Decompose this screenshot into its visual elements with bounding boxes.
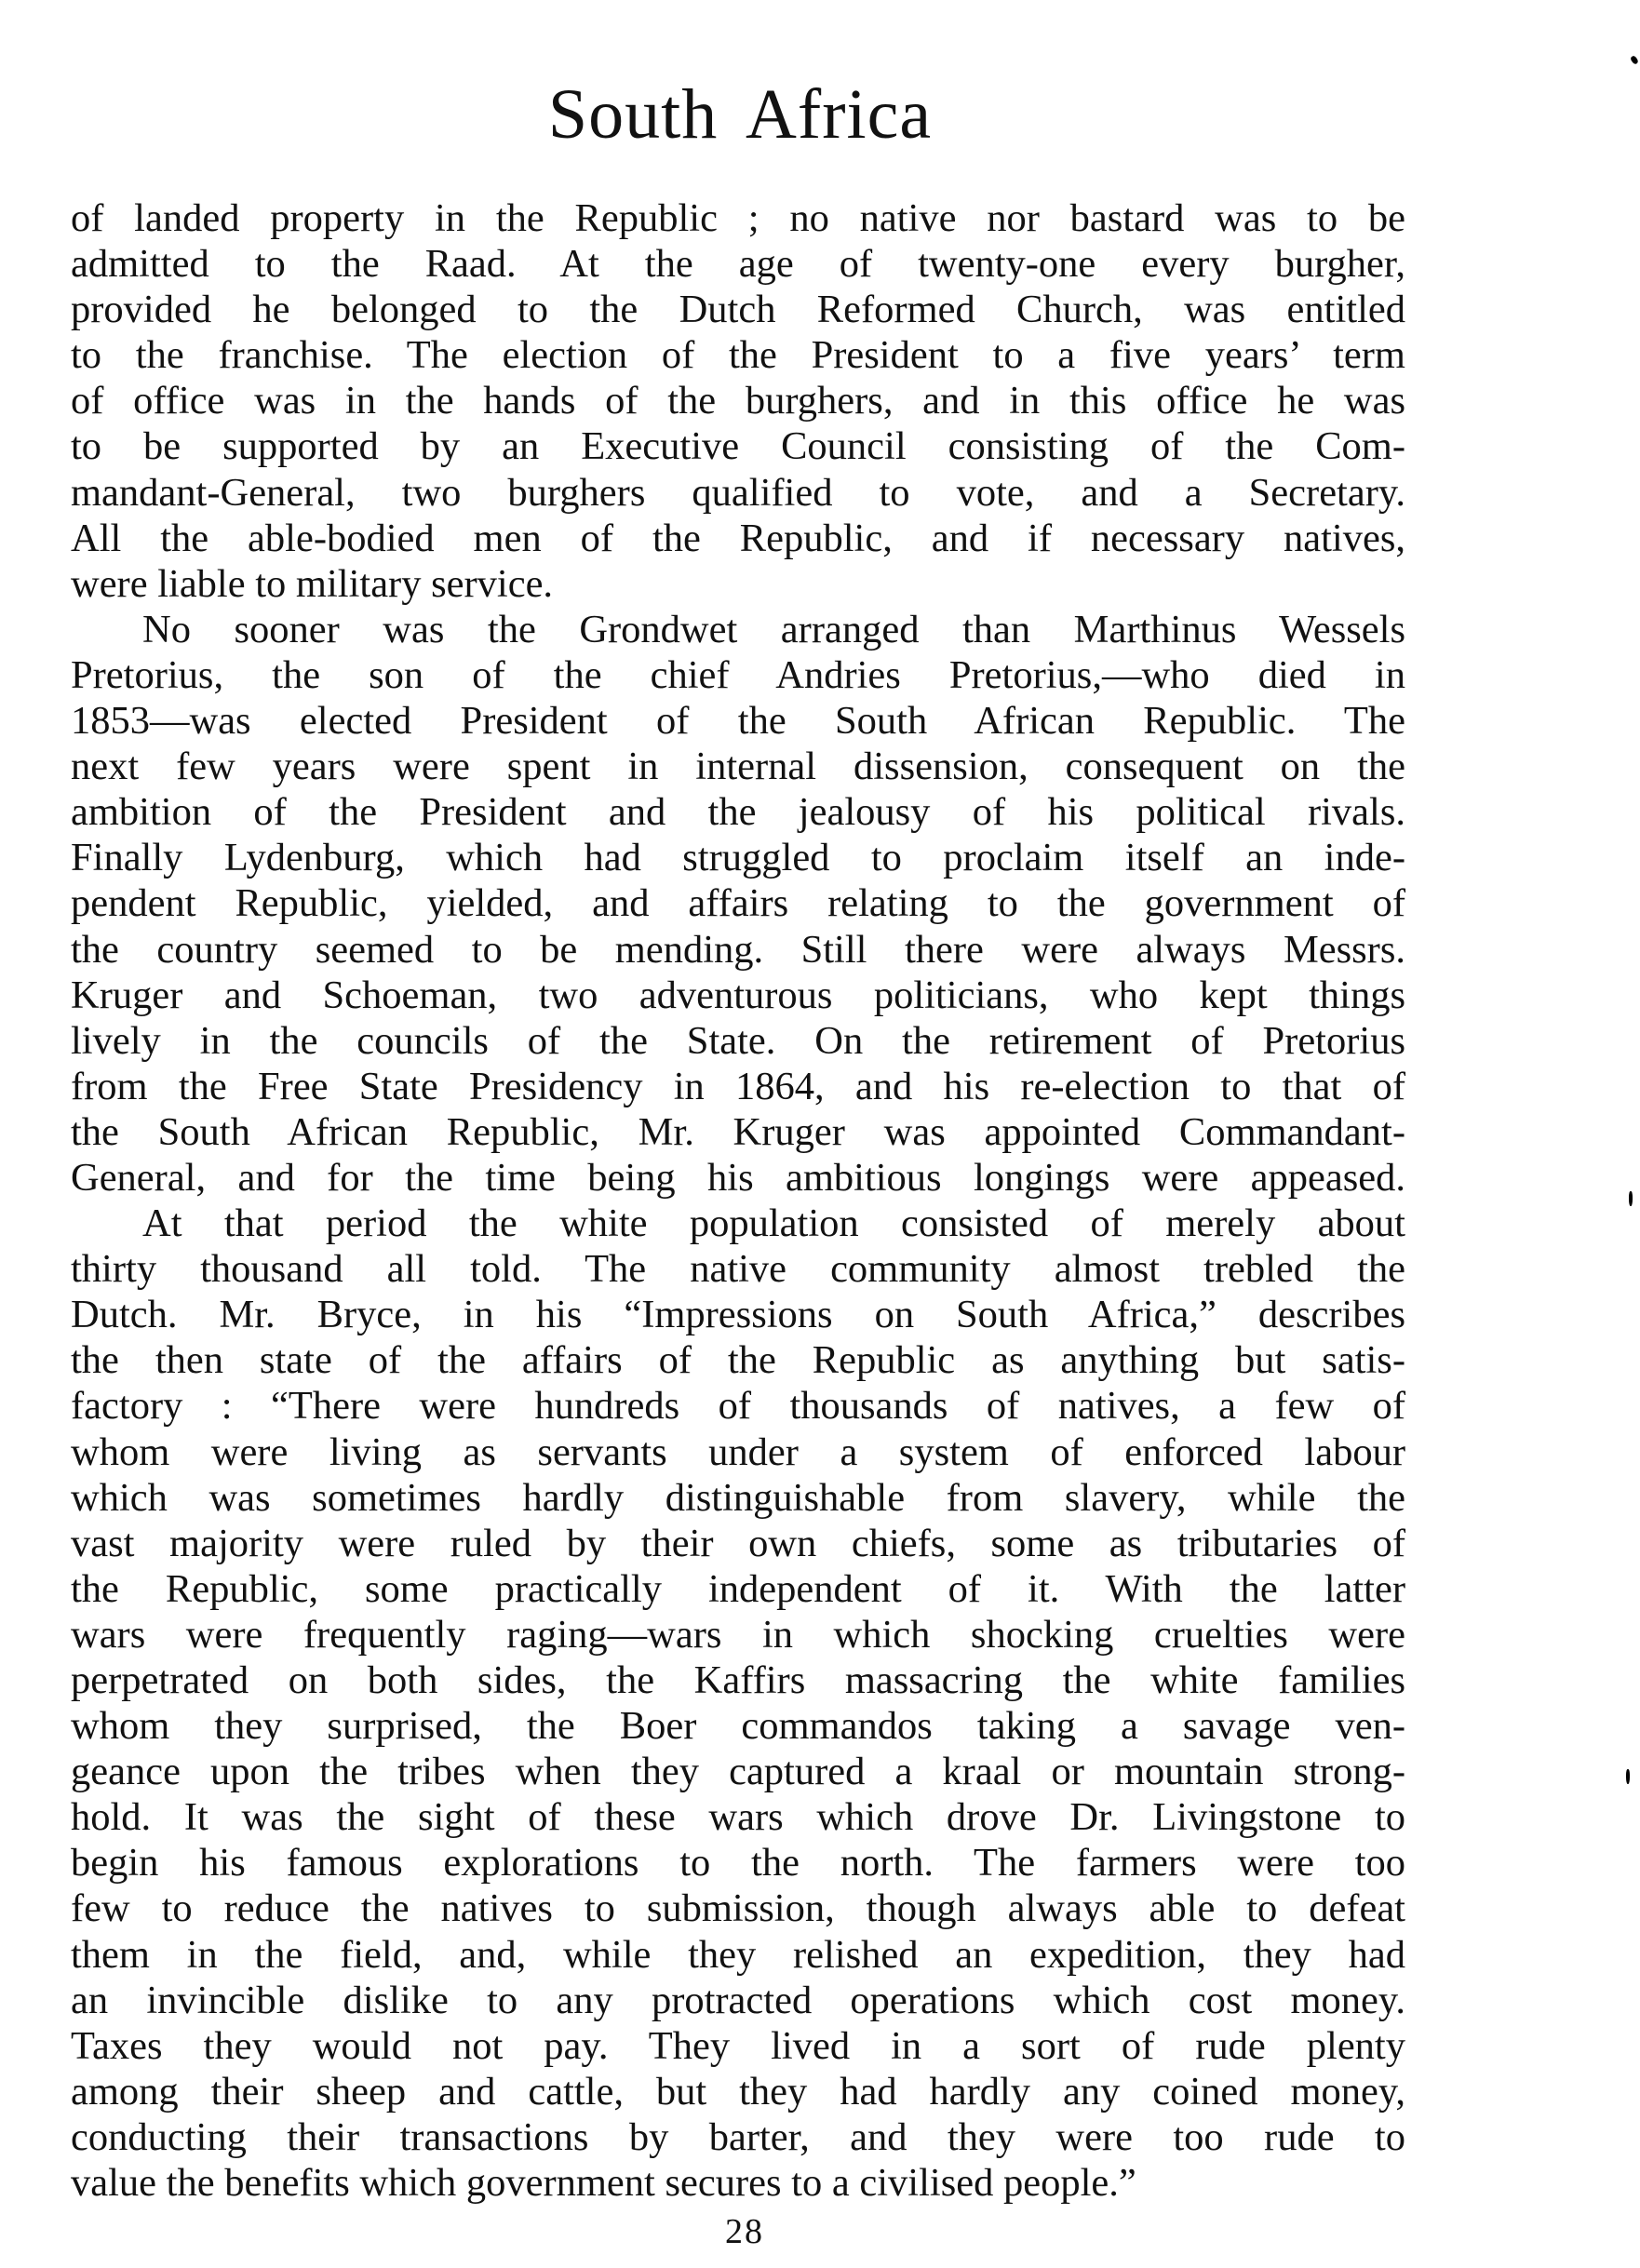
text-line: from the Free State Presidency in 1864, … (71, 1064, 1405, 1109)
text-line: whom they surprised, the Boer commandos … (71, 1703, 1405, 1749)
text-line: an invincible dislike to any protracted … (71, 1978, 1405, 2023)
text-line: hold. It was the sight of these wars whi… (71, 1794, 1405, 1840)
running-title: South Africa (0, 73, 1480, 156)
text-line: of office was in the hands of the burghe… (71, 378, 1405, 423)
text-line: the country seemed to be mending. Still … (71, 927, 1405, 973)
text-line: All the able-bodied men of the Republic,… (71, 516, 1405, 561)
paragraph-2: No sooner was the Grondwet arranged than… (71, 607, 1405, 1201)
text-line: begin his famous explorations to the nor… (71, 1840, 1405, 1886)
text-line: Finally Lydenburg, which had struggled t… (71, 835, 1405, 880)
text-line: Taxes they would not pay. They lived in … (71, 2023, 1405, 2069)
text-line: mandant-General, two burghers qualified … (71, 470, 1405, 516)
text-line: were liable to military service. (71, 561, 1405, 607)
text-line: perpetrated on both sides, the Kaffirs m… (71, 1657, 1405, 1703)
text-line: pendent Republic, yielded, and affairs r… (71, 880, 1405, 926)
text-line: of landed property in the Republic ; no … (71, 195, 1405, 241)
text-line: which was sometimes hardly distinguishab… (71, 1475, 1405, 1521)
text-line: value the benefits which government secu… (71, 2160, 1405, 2206)
text-line: Dutch. Mr. Bryce, in his “Impressions on… (71, 1292, 1405, 1337)
text-line: ambition of the President and the jealou… (71, 789, 1405, 835)
text-line: among their sheep and cattle, but they h… (71, 2069, 1405, 2114)
text-line: No sooner was the Grondwet arranged than… (71, 607, 1405, 652)
text-line: geance upon the tribes when they capture… (71, 1749, 1405, 1794)
text-line: the South African Republic, Mr. Kruger w… (71, 1109, 1405, 1155)
paragraph-1: of landed property in the Republic ; no … (71, 195, 1405, 607)
text-line: 1853—was elected President of the South … (71, 698, 1405, 744)
text-line: lively in the councils of the State. On … (71, 1018, 1405, 1064)
text-line: Kruger and Schoeman, two adventurous pol… (71, 973, 1405, 1018)
text-line: provided he belonged to the Dutch Reform… (71, 287, 1405, 332)
text-line: next few years were spent in internal di… (71, 744, 1405, 789)
text-line: the then state of the affairs of the Rep… (71, 1337, 1405, 1383)
text-line: few to reduce the natives to submission,… (71, 1886, 1405, 1931)
text-line: thirty thousand all told. The native com… (71, 1246, 1405, 1292)
text-line: Pretorius, the son of the chief Andries … (71, 652, 1405, 698)
scan-speck-mark (1626, 1769, 1630, 1784)
text-line: whom were living as servants under a sys… (71, 1429, 1405, 1475)
text-line: vast majority were ruled by their own ch… (71, 1521, 1405, 1566)
text-line: General, and for the time being his ambi… (71, 1155, 1405, 1201)
text-line: to be supported by an Executive Council … (71, 423, 1405, 469)
text-line: to the franchise. The election of the Pr… (71, 332, 1405, 378)
text-line: the Republic, some practically independe… (71, 1566, 1405, 1612)
text-line: factory : “There were hundreds of thousa… (71, 1383, 1405, 1429)
body-text: of landed property in the Republic ; no … (71, 195, 1405, 2206)
text-line: them in the field, and, while they relis… (71, 1932, 1405, 1978)
scan-speck-mark (1629, 1191, 1633, 1206)
text-line: admitted to the Raad. At the age of twen… (71, 241, 1405, 287)
page-number: 28 (0, 2211, 1489, 2252)
text-line: conducting their transactions by barter,… (71, 2114, 1405, 2160)
text-line: wars were frequently raging—wars in whic… (71, 1612, 1405, 1657)
text-line: At that period the white population cons… (71, 1201, 1405, 1246)
scan-speck-mark (1630, 55, 1639, 65)
paragraph-3: At that period the white population cons… (71, 1201, 1405, 2206)
